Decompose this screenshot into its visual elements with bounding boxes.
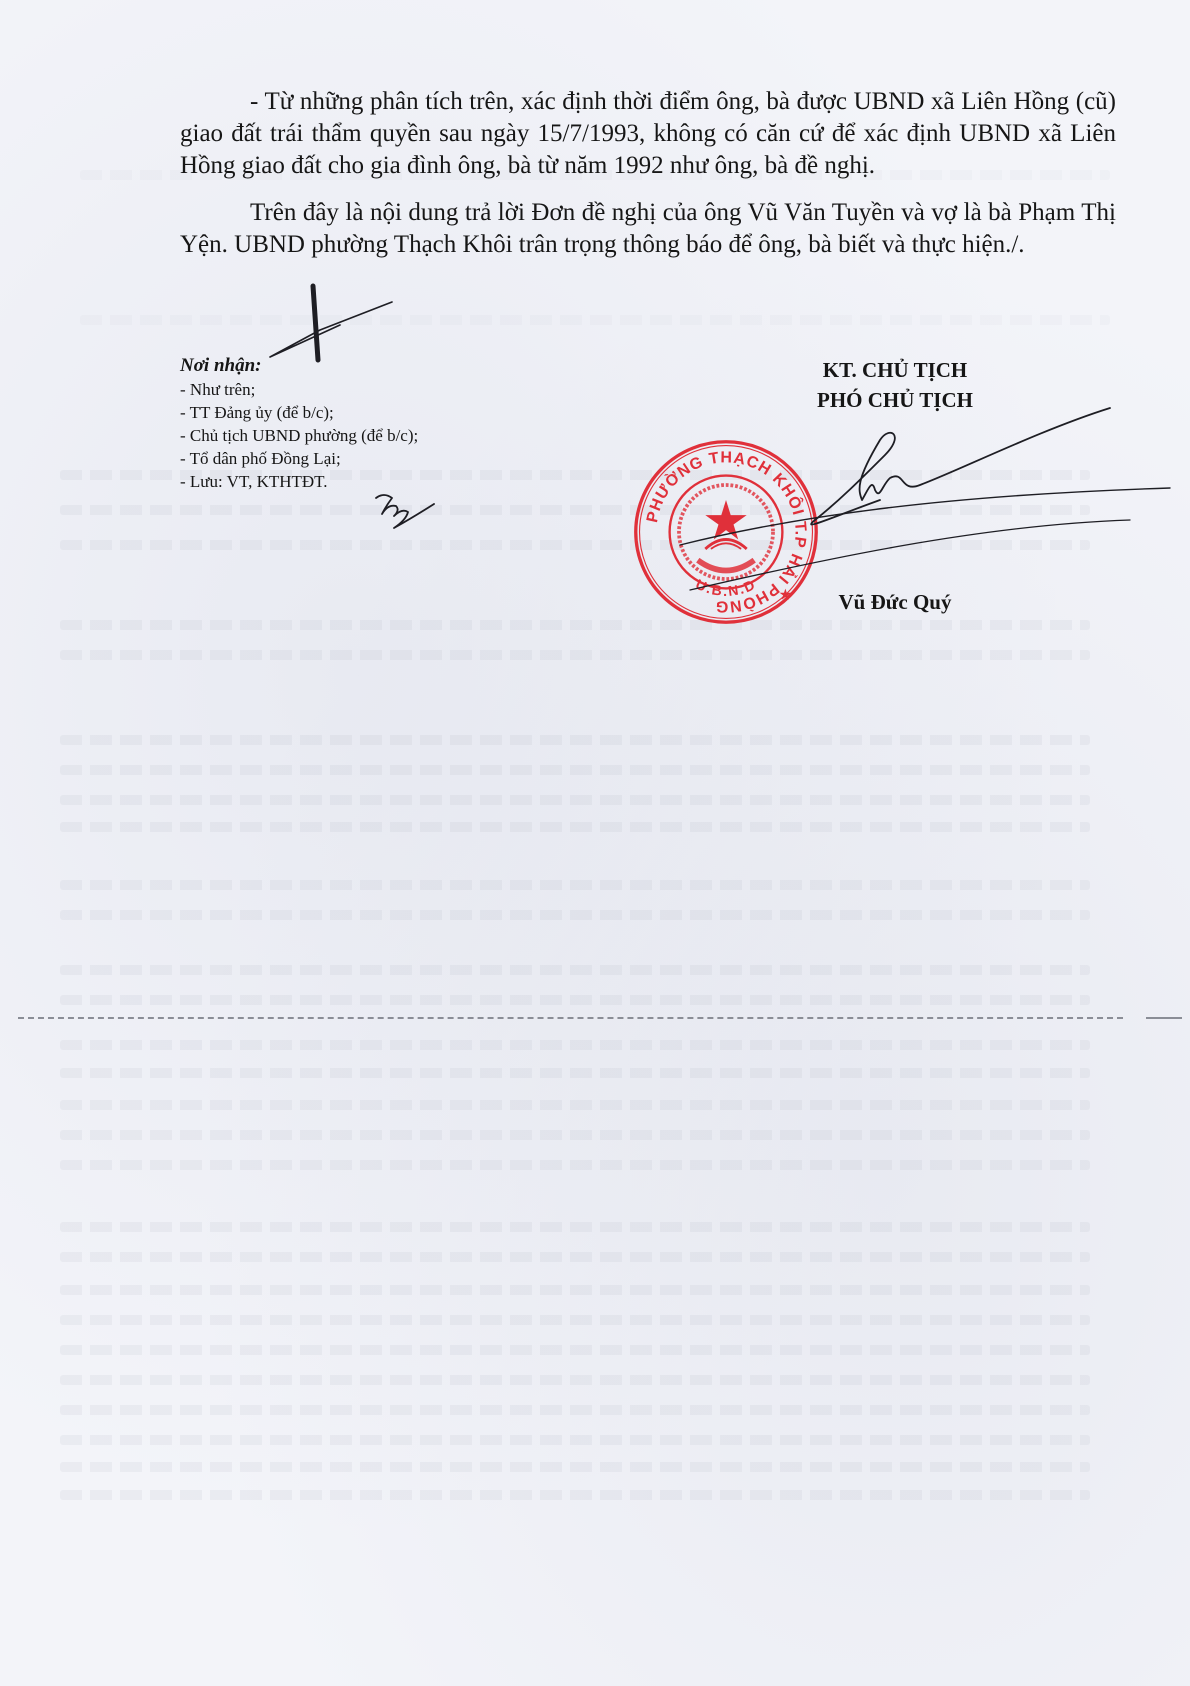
bleed-through bbox=[60, 1160, 1090, 1170]
bleed-through bbox=[60, 795, 1090, 805]
bleed-through bbox=[60, 965, 1090, 975]
bleed-through bbox=[60, 1222, 1090, 1232]
bleed-through bbox=[60, 1315, 1090, 1325]
bleed-through bbox=[60, 1130, 1090, 1140]
bleed-through bbox=[60, 910, 1090, 920]
bleed-through bbox=[60, 650, 1090, 660]
bleed-through bbox=[60, 540, 1090, 550]
bleed-through bbox=[60, 620, 1090, 630]
bleed-through bbox=[60, 995, 1090, 1005]
bleed-through bbox=[60, 880, 1090, 890]
bleed-through bbox=[60, 1252, 1090, 1262]
recipient-item: - Tổ dân phố Đồng Lại; bbox=[180, 447, 600, 470]
signer-title: PHÓ CHỦ TỊCH bbox=[760, 385, 1030, 415]
bleed-through bbox=[60, 765, 1090, 775]
bleed-through bbox=[60, 1100, 1090, 1110]
bleed-through bbox=[60, 1405, 1090, 1415]
recipient-item: - Lưu: VT, KTHTĐT. bbox=[180, 470, 600, 493]
recipient-item: - Như trên; bbox=[180, 378, 600, 401]
paragraph-closing: Trên đây là nội dung trả lời Đơn đề nghị… bbox=[180, 197, 1116, 261]
signer-name: Vũ Đức Quý bbox=[760, 590, 1030, 615]
bleed-through bbox=[60, 1462, 1090, 1472]
recipient-list: Nơi nhận: - Như trên; - TT Đảng ủy (để b… bbox=[180, 354, 600, 493]
bleed-through bbox=[60, 1068, 1090, 1078]
signer-authority: KT. CHỦ TỊCH bbox=[760, 355, 1030, 385]
bleed-through bbox=[60, 1375, 1090, 1385]
bleed-through bbox=[60, 1490, 1090, 1500]
bleed-through bbox=[60, 1040, 1090, 1050]
recipient-list-title: Nơi nhận: bbox=[180, 354, 600, 378]
scanned-page: - Từ những phân tích trên, xác định thời… bbox=[0, 0, 1190, 1686]
bleed-through bbox=[60, 822, 1090, 832]
bleed-through bbox=[60, 1285, 1090, 1295]
recipient-item: - TT Đảng ủy (để b/c); bbox=[180, 401, 600, 424]
bleed-through bbox=[60, 1435, 1090, 1445]
bleed-through bbox=[60, 1345, 1090, 1355]
bleed-through bbox=[80, 315, 1110, 325]
bleed-through bbox=[60, 735, 1090, 745]
letter-body: - Từ những phân tích trên, xác định thời… bbox=[180, 86, 1116, 276]
recipient-item: - Chủ tịch UBND phường (để b/c); bbox=[180, 424, 600, 447]
page-divider bbox=[1146, 1017, 1182, 1019]
signature-block: KT. CHỦ TỊCH PHÓ CHỦ TỊCH bbox=[760, 355, 1030, 415]
page-divider bbox=[18, 1017, 1123, 1019]
bleed-through bbox=[60, 505, 1090, 515]
paragraph-conclusion: - Từ những phân tích trên, xác định thời… bbox=[180, 86, 1116, 182]
